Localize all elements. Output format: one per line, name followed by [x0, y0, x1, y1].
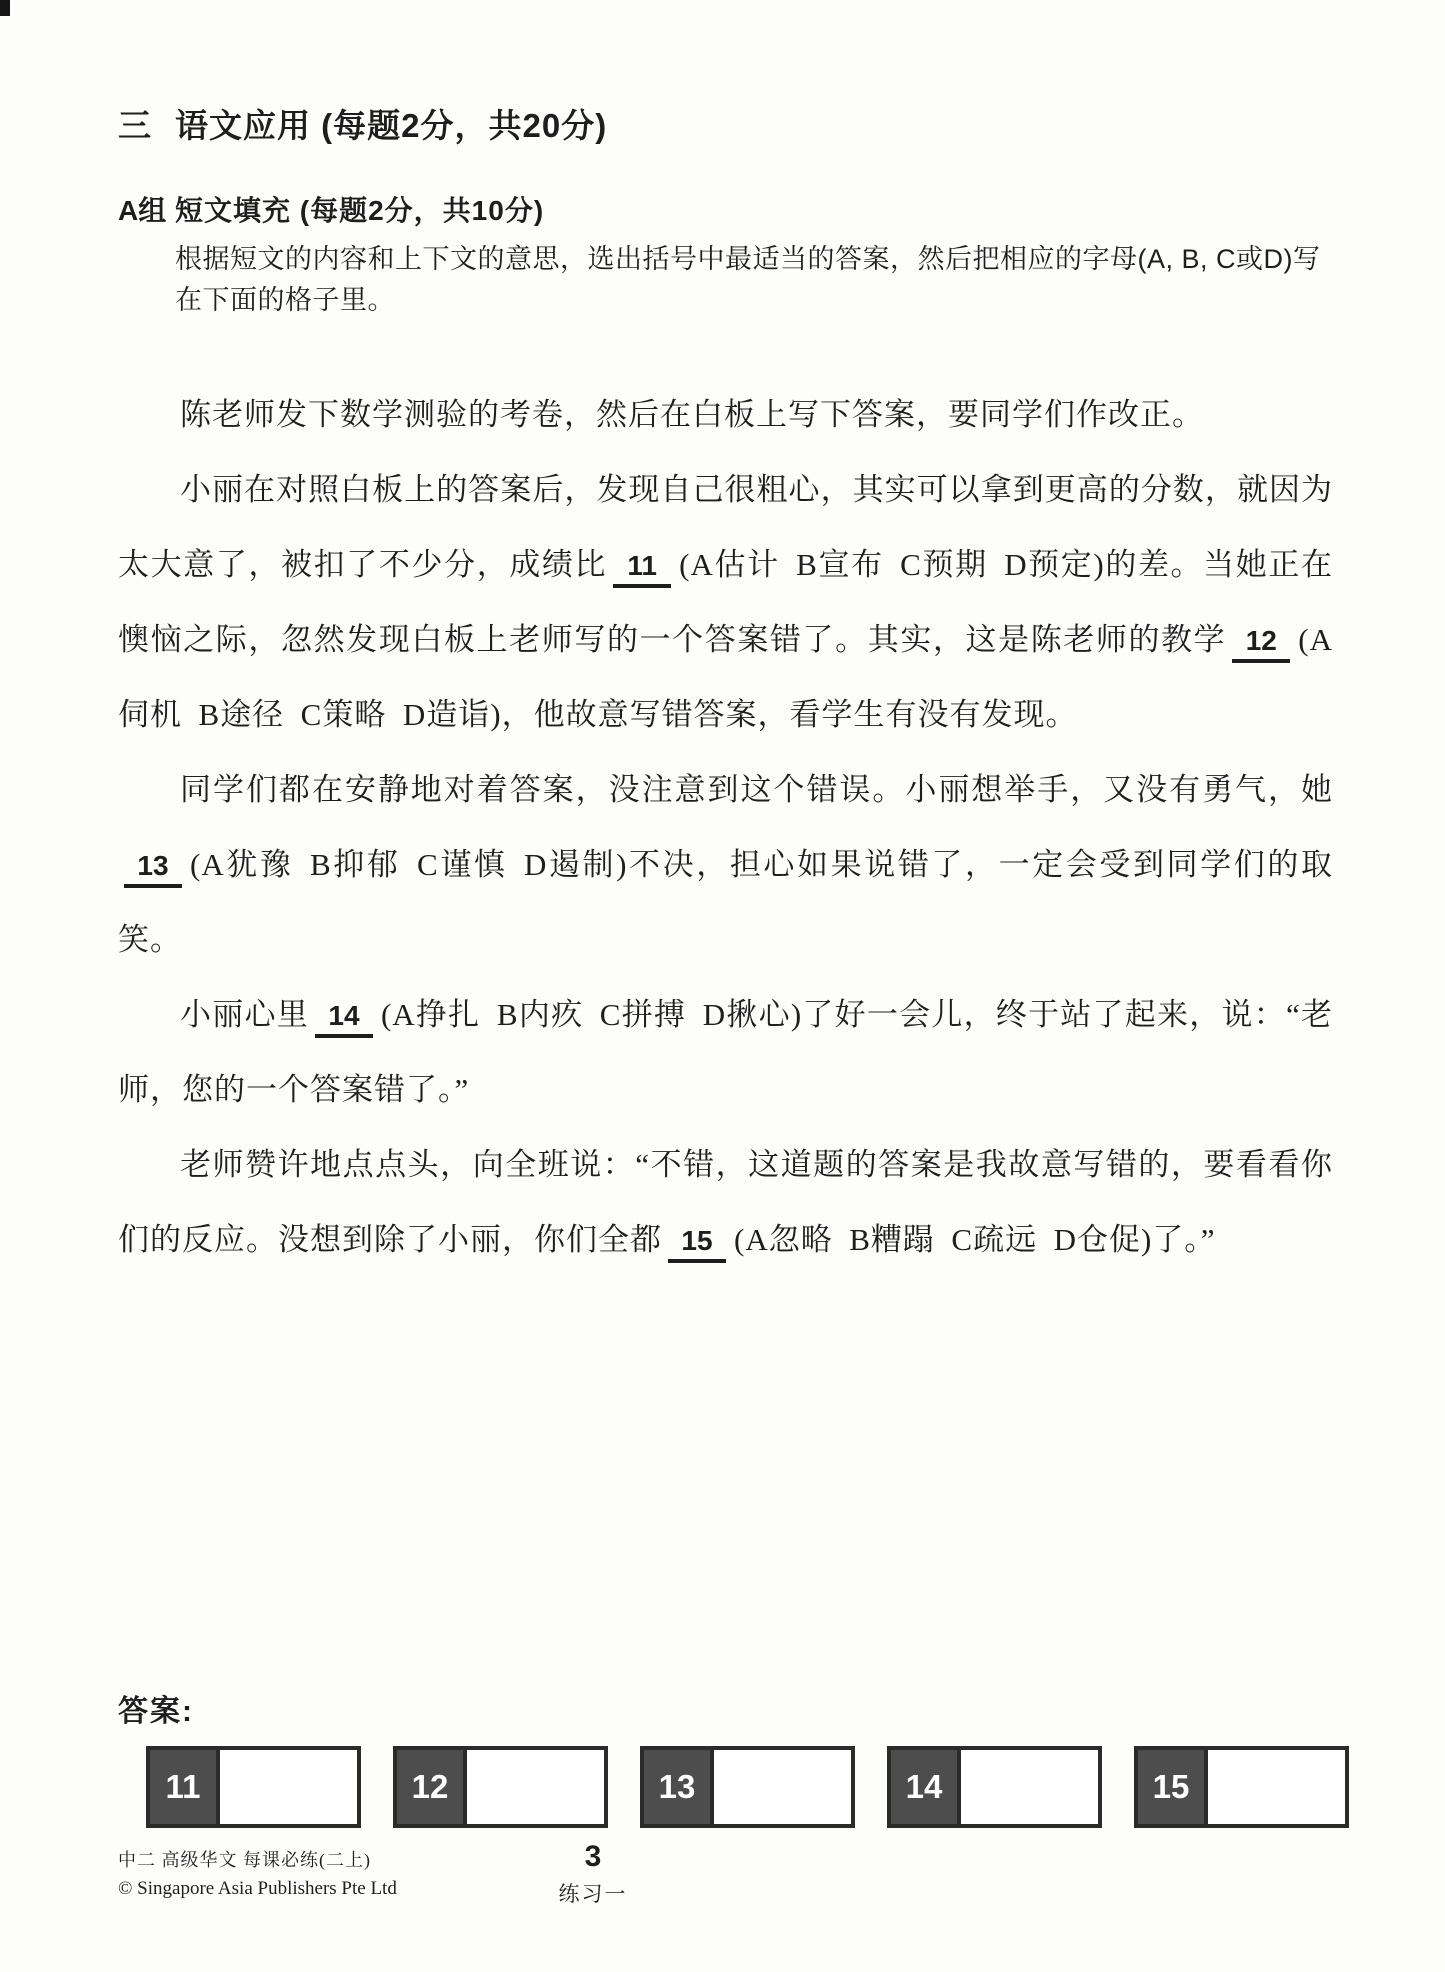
- blank-number-15: 15: [668, 1224, 726, 1263]
- passage-paragraph: 老师赞许地点点头，向全班说：“不错，这道题的答案是我故意写错的，要看看你们的反应…: [118, 1127, 1333, 1277]
- passage-text: (A犹豫 B抑郁 C谨慎 D遏制)不决，担心如果说错了，一定会受到同学们的取笑。: [118, 847, 1333, 957]
- passage-paragraph: 同学们都在安静地对着答案，没注意到这个错误。小丽想举手，又没有勇气，她13(A犹…: [118, 752, 1333, 977]
- blank-number-14: 14: [315, 999, 373, 1038]
- answer-box-number: 11: [150, 1750, 220, 1824]
- answer-box-value[interactable]: [961, 1750, 1098, 1824]
- scan-corner-mark: [0, 0, 10, 16]
- passage-text: 同学们都在安静地对着答案，没注意到这个错误。小丽想举手，又没有勇气，她: [180, 772, 1333, 807]
- exercise-label: 练习一: [118, 1878, 1068, 1908]
- answers-row: 11 12 13 14 15: [146, 1746, 1385, 1828]
- answer-box-value[interactable]: [714, 1750, 851, 1824]
- answer-box-15: 15: [1134, 1746, 1349, 1828]
- group-heading: A组 短文填充 (每题2分，共10分): [118, 189, 1333, 229]
- instructions-text: 根据短文的内容和上下文的意思，选出括号中最适当的答案，然后把相应的字母(A, B…: [175, 239, 1333, 321]
- workbook-page: 三 语文应用 (每题2分，共20分) A组 短文填充 (每题2分，共10分) 根…: [0, 0, 1445, 1972]
- answers-label: 答案:: [118, 1686, 1385, 1730]
- answer-box-11: 11: [146, 1746, 361, 1828]
- blank-number-13: 13: [124, 849, 182, 888]
- blank-number-12: 12: [1232, 624, 1290, 663]
- passage-text: (A忽略 B糟蹋 C疏远 D仓促)了。”: [734, 1222, 1216, 1257]
- section-number: 三: [118, 100, 175, 147]
- answer-box-number: 15: [1138, 1750, 1208, 1824]
- passage-text: 小丽心里: [180, 997, 309, 1032]
- answer-box-value[interactable]: [467, 1750, 604, 1824]
- answer-box-12: 12: [393, 1746, 608, 1828]
- passage-paragraph: 小丽在对照白板上的答案后，发现自己很粗心，其实可以拿到更高的分数，就因为太大意了…: [118, 452, 1333, 752]
- answer-box-value[interactable]: [1208, 1750, 1345, 1824]
- answer-box-13: 13: [640, 1746, 855, 1828]
- group-title: 短文填充 (每题2分，共10分): [175, 189, 544, 229]
- passage-paragraph: 陈老师发下数学测验的考卷，然后在白板上写下答案，要同学们作改正。: [118, 377, 1333, 452]
- section-heading: 三 语文应用 (每题2分，共20分): [118, 100, 1333, 147]
- page-content: 三 语文应用 (每题2分，共20分) A组 短文填充 (每题2分，共10分) 根…: [0, 0, 1445, 1277]
- page-number: 3: [118, 1840, 1068, 1874]
- answer-box-14: 14: [887, 1746, 1102, 1828]
- answer-box-number: 14: [891, 1750, 961, 1824]
- passage: 陈老师发下数学测验的考卷，然后在白板上写下答案，要同学们作改正。小丽在对照白板上…: [118, 377, 1333, 1277]
- page-footer: 中二 高级华文 每课必练(二上) © Singapore Asia Publis…: [118, 1846, 1385, 1900]
- footer-center: 3 练习一: [118, 1840, 1068, 1908]
- answers-section: 答案: 11 12 13 14 15: [118, 1686, 1385, 1828]
- group-label: A组: [118, 189, 175, 229]
- answer-box-value[interactable]: [220, 1750, 357, 1824]
- blank-number-11: 11: [613, 549, 671, 588]
- answer-box-number: 12: [397, 1750, 467, 1824]
- section-title: 语文应用 (每题2分，共20分): [175, 100, 607, 147]
- passage-text: 陈老师发下数学测验的考卷，然后在白板上写下答案，要同学们作改正。: [180, 397, 1204, 432]
- answer-box-number: 13: [644, 1750, 714, 1824]
- passage-paragraph: 小丽心里14(A挣扎 B内疚 C拼搏 D揪心)了好一会儿，终于站了起来，说：“老…: [118, 977, 1333, 1127]
